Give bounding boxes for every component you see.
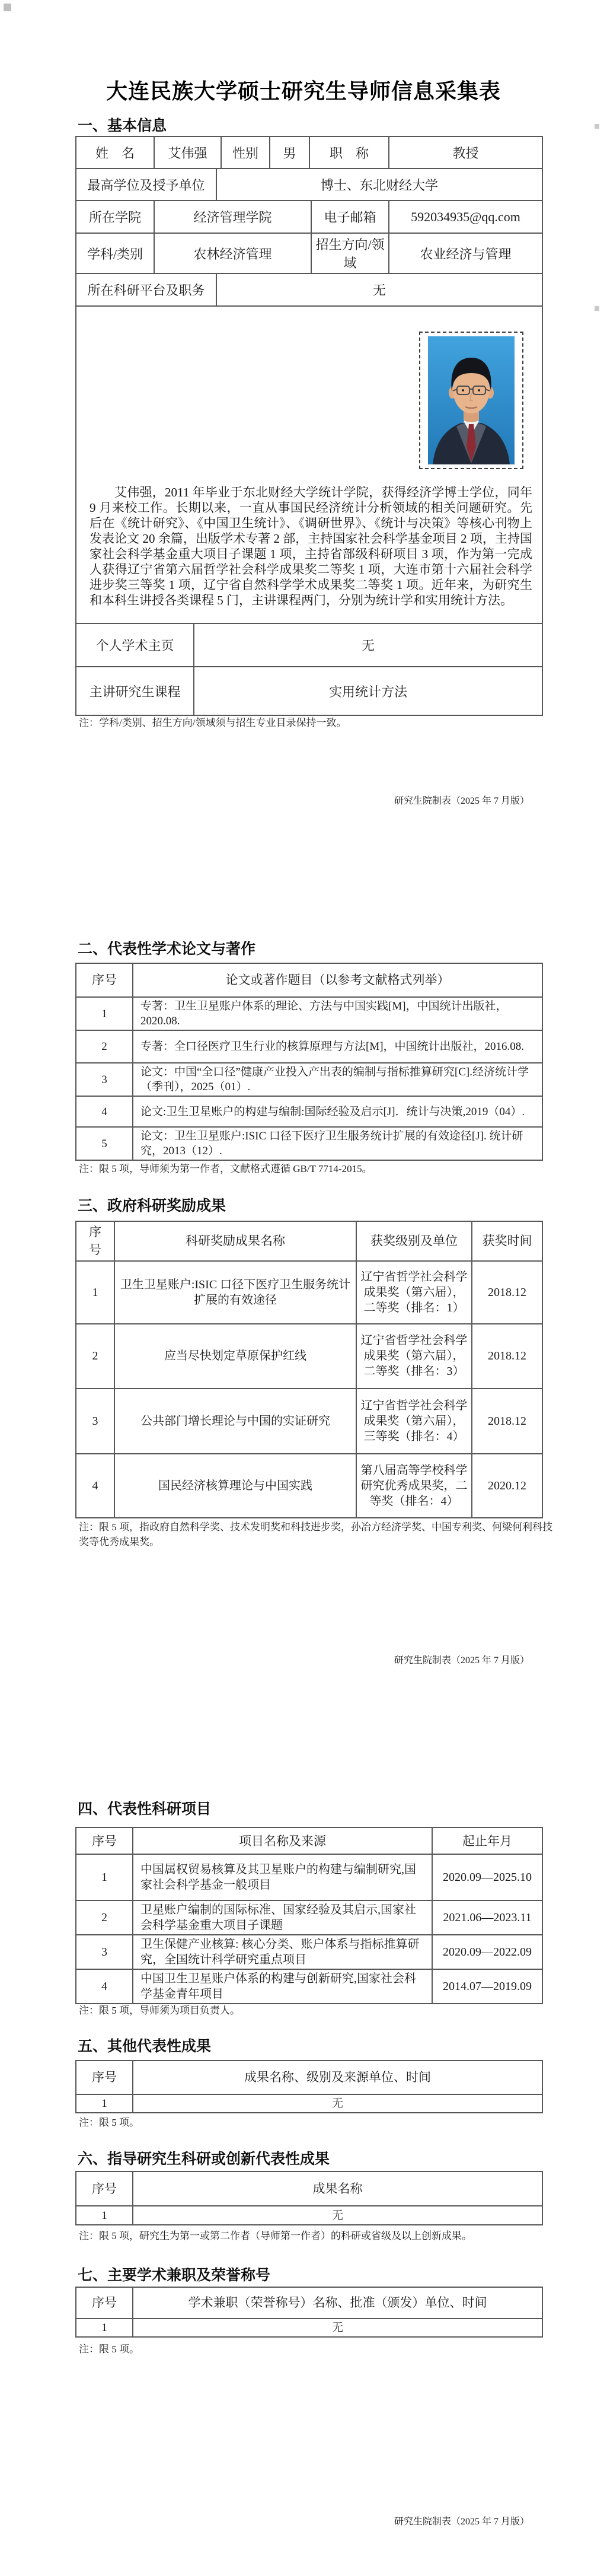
page-footer: 研究生院制表（2025 年 7 月版）: [0, 2514, 529, 2527]
awards-col-name: 科研奖励成果名称: [114, 1221, 356, 1261]
platform-value: 无: [216, 273, 542, 306]
section-heading-papers: 二、代表性学术论文与著作: [78, 937, 255, 959]
basic-rows-college-discipline: 所在学院 经济管理学院 电子邮箱 592034935@qq.com 学科/类别 …: [75, 200, 543, 274]
section-heading-basic: 一、基本信息: [78, 114, 167, 135]
honors-col-no: 序号: [76, 2287, 133, 2319]
row-no: 3: [76, 1063, 133, 1096]
row-no: 1: [76, 2094, 133, 2113]
award-level: 辽宁省哲学社会科学成果奖（第六届），二等奖（排名：3）: [356, 1324, 472, 1389]
email-value: 592034935@qq.com: [389, 200, 542, 233]
table-row: 5 论文：卫生卫星账户:ISIC 口径下医疗卫生服务统计扩展的有效途径[J]. …: [76, 1127, 542, 1160]
college-value: 经济管理学院: [154, 200, 311, 233]
row-no: 5: [76, 1127, 133, 1160]
table-row: 2 专著：全口径医疗卫生行业的核算原理与方法[M]，中国统计出版社，2016.0…: [76, 1030, 542, 1063]
margin-marker-icon: [595, 306, 599, 311]
row-no: 1: [76, 2206, 133, 2225]
discipline-label: 学科/类别: [76, 233, 154, 273]
award-level: 第八届高等学校科学研究优秀成果奖，二等奖（排名：4）: [356, 1454, 472, 1518]
homepage-label: 个人学术主页: [76, 623, 194, 667]
award-name: 国民经济核算理论与中国实践: [114, 1454, 356, 1518]
papers-col-title: 论文或著作题目（以参考文献格式列举）: [133, 963, 542, 997]
table-header-row: 序号 学术兼职（荣誉称号）名称、批准（颁发）单位、时间: [76, 2287, 542, 2319]
awards-note: 注：限 5 项，指政府自然科学奖、技术发明奖和科技进步奖，孙冶方经济学奖、中国专…: [79, 1520, 553, 1549]
basic-row-name: 姓 名 艾伟强 性别 男 职 称 教授: [75, 136, 543, 169]
table-row: 艾伟强，2011 年毕业于东北财经大学统计学院，获得经济学博士学位，同年 9 月…: [76, 306, 542, 623]
name-value: 艾伟强: [154, 136, 221, 168]
table-row: 1 中国属权贸易核算及其卫星账户的构建与编制研究,国家社会科学基金一般项目 20…: [76, 1854, 542, 1900]
basic-rows-homepage-course: 个人学术主页 无 主讲研究生课程 实用统计方法: [75, 623, 543, 716]
table-row: 所在学院 经济管理学院 电子邮箱 592034935@qq.com: [76, 200, 542, 233]
paper-title: 专著：全口径医疗卫生行业的核算原理与方法[M]，中国统计出版社，2016.08.: [133, 1030, 542, 1063]
project-name: 中国卫生卫星账户体系的构建与创新研究,国家社会科学基金青年项目: [133, 1969, 432, 2004]
other-col-no: 序号: [76, 2061, 133, 2094]
row-no: 1: [76, 2319, 133, 2337]
award-level: 辽宁省哲学社会科学成果奖（第六届），二等奖（排名：1）: [356, 1261, 472, 1324]
table-row: 姓 名 艾伟强 性别 男 职 称 教授: [76, 136, 542, 168]
projects-col-name: 项目名称及来源: [133, 1827, 432, 1854]
table-row: 学科/类别 农林经济管理 招生方向/领域 农业经济与管理: [76, 233, 542, 273]
advisor-photo: [428, 336, 515, 464]
table-row: 1 专著：卫生卫星账户体系的理论、方法与中国实践[M]，中国统计出版社，2020…: [76, 997, 542, 1030]
award-time: 2018.12: [472, 1324, 542, 1389]
honors-note: 注：限 5 项。: [79, 2342, 553, 2357]
award-name: 公共部门增长理论与中国的实证研究: [114, 1389, 356, 1454]
student-title: 无: [133, 2206, 542, 2225]
project-time: 2014.07—2019.09: [432, 1969, 542, 2004]
awards-col-time: 获奖时间: [472, 1221, 542, 1261]
project-name: 中国属权贸易核算及其卫星账户的构建与编制研究,国家社会科学基金一般项目: [133, 1854, 432, 1900]
award-time: 2018.12: [472, 1389, 542, 1454]
award-level: 辽宁省哲学社会科学成果奖（第六届），三等奖（排名：4）: [356, 1389, 472, 1454]
course-value: 实用统计方法: [194, 667, 542, 715]
section-heading-other: 五、其他代表性成果: [78, 2034, 211, 2056]
course-label: 主讲研究生课程: [76, 667, 194, 715]
basic-note: 注：学科/类别、招生方向/领域须与招生专业目录保持一致。: [79, 715, 553, 730]
table-row: 3 公共部门增长理论与中国的实证研究 辽宁省哲学社会科学成果奖（第六届），三等奖…: [76, 1389, 542, 1454]
paper-title: 论文：中国“全口径”健康产业投入产出表的编制与指标推算研究[C].经济统计学（季…: [133, 1063, 542, 1096]
award-time: 2018.12: [472, 1261, 542, 1324]
page-footer: 研究生院制表（2025 年 7 月版）: [0, 1652, 529, 1666]
row-no: 1: [76, 1854, 133, 1900]
table-row: 3 论文：中国“全口径”健康产业投入产出表的编制与指标推算研究[C].经济统计学…: [76, 1063, 542, 1096]
honors-title: 无: [133, 2319, 542, 2337]
paper-title: 专著：卫生卫星账户体系的理论、方法与中国实践[M]，中国统计出版社，2020.0…: [133, 997, 542, 1030]
section-heading-awards: 三、政府科研奖励成果: [78, 1194, 226, 1215]
table-row: 最高学位及授予单位 博士、东北财经大学: [76, 168, 542, 200]
table-header-row: 序号 论文或著作题目（以参考文献格式列举）: [76, 963, 542, 997]
projects-table: 序号 项目名称及来源 起止年月 1 中国属权贸易核算及其卫星账户的构建与编制研究…: [75, 1827, 543, 2004]
table-header-row: 序号 成果名称: [76, 2171, 542, 2206]
table-row: 2 应当尽快划定草原保护红线 辽宁省哲学社会科学成果奖（第六届），二等奖（排名：…: [76, 1324, 542, 1389]
project-time: 2020.09—2022.09: [432, 1935, 542, 1969]
student-col-title: 成果名称: [133, 2171, 542, 2206]
college-label: 所在学院: [76, 200, 154, 233]
table-row: 1 卫生卫星账户:ISIC 口径下医疗卫生服务统计扩展的有效途径 辽宁省哲学社会…: [76, 1261, 542, 1324]
papers-table: 序号 论文或著作题目（以参考文献格式列举） 1 专著：卫生卫星账户体系的理论、方…: [75, 963, 543, 1161]
table-row: 主讲研究生课程 实用统计方法: [76, 667, 542, 715]
awards-col-no-text: 序号: [88, 1223, 101, 1259]
row-no: 2: [76, 1030, 133, 1063]
projects-note: 注：限 5 项，导师须为项目负责人。: [79, 2003, 553, 2018]
gender-label: 性别: [221, 136, 270, 168]
honors-col-title: 学术兼职（荣誉称号）名称、批准（颁发）单位、时间: [133, 2287, 542, 2319]
section-heading-student: 六、指导研究生科研或创新代表性成果: [78, 2147, 330, 2169]
project-name: 卫生保健产业核算: 核心分类、账户体系与指标推算研究，全国统计科学研究重点项目: [133, 1935, 432, 1969]
awards-col-no: 序号: [76, 1221, 114, 1261]
other-title: 无: [133, 2094, 542, 2113]
basic-info-table: 姓 名 艾伟强 性别 男 职 称 教授 最高学位及授予单位 博士、东北财经大学 …: [75, 136, 543, 716]
page-footer: 研究生院制表（2025 年 7 月版）: [0, 793, 529, 807]
award-time: 2020.12: [472, 1454, 542, 1518]
row-no: 4: [76, 1096, 133, 1127]
homepage-value: 无: [194, 623, 542, 667]
email-label: 电子邮箱: [311, 200, 389, 233]
papers-note: 注：限 5 项，导师须为第一作者，文献格式遵循 GB/T 7714-2015。: [79, 1161, 553, 1176]
row-no: 1: [76, 997, 133, 1030]
basic-row-platform: 所在科研平台及职务 无: [75, 273, 543, 307]
row-no: 2: [76, 1324, 114, 1389]
table-header-row: 序号 成果名称、级别及来源单位、时间: [76, 2061, 542, 2094]
section-heading-honors: 七、主要学术兼职及荣誉称号: [78, 2263, 270, 2285]
table-row: 1 无: [76, 2319, 542, 2337]
photo-bio-cell: 艾伟强，2011 年毕业于东北财经大学统计学院，获得经济学博士学位，同年 9 月…: [76, 306, 542, 623]
margin-marker-icon: [595, 124, 599, 129]
student-table: 序号 成果名称 1 无: [75, 2171, 543, 2225]
other-col-title: 成果名称、级别及来源单位、时间: [133, 2061, 542, 2094]
table-header-row: 序号 项目名称及来源 起止年月: [76, 1827, 542, 1854]
degree-value: 博士、东北财经大学: [216, 168, 542, 200]
table-row: 所在科研平台及职务 无: [76, 273, 542, 306]
project-time: 2020.09—2025.10: [432, 1854, 542, 1900]
table-row: 3 卫生保健产业核算: 核心分类、账户体系与指标推算研究，全国统计科学研究重点项…: [76, 1935, 542, 1969]
basic-row-degree: 最高学位及授予单位 博士、东北财经大学: [75, 168, 543, 201]
document-page: 大连民族大学硕士研究生导师信息采集表 一、基本信息 姓 名 艾伟强 性别 男 职…: [0, 0, 607, 2576]
direction-value: 农业经济与管理: [389, 233, 542, 273]
table-header-row: 序号 科研奖励成果名称 获奖级别及单位 获奖时间: [76, 1221, 542, 1261]
student-col-no: 序号: [76, 2171, 133, 2206]
table-row: 个人学术主页 无: [76, 623, 542, 667]
table-row: 4 国民经济核算理论与中国实践 第八届高等学校科学研究优秀成果奖，二等奖（排名：…: [76, 1454, 542, 1518]
title-value: 教授: [389, 136, 542, 168]
discipline-value: 农林经济管理: [154, 233, 311, 273]
papers-col-no: 序号: [76, 963, 133, 997]
table-row: 1 无: [76, 2094, 542, 2113]
honors-table: 序号 学术兼职（荣誉称号）名称、批准（颁发）单位、时间 1 无: [75, 2287, 543, 2338]
row-no: 4: [76, 1454, 114, 1518]
photo-frame: [419, 332, 523, 469]
platform-label: 所在科研平台及职务: [76, 273, 216, 306]
other-table: 序号 成果名称、级别及来源单位、时间 1 无: [75, 2060, 543, 2113]
title-label: 职 称: [309, 136, 389, 168]
awards-col-level: 获奖级别及单位: [356, 1221, 472, 1261]
project-time: 2021.06—2023.11: [432, 1900, 542, 1935]
row-no: 2: [76, 1900, 133, 1935]
name-label: 姓 名: [76, 136, 154, 168]
awards-table: 序号 科研奖励成果名称 获奖级别及单位 获奖时间 1 卫生卫星账户:ISIC 口…: [75, 1221, 543, 1518]
paper-title: 论文：卫生卫星账户:ISIC 口径下医疗卫生服务统计扩展的有效途径[J]. 统计…: [133, 1127, 542, 1160]
table-row: 2 卫星账户编制的国际标准、国家经验及其启示,国家社会科学基金重大项目子课题 2…: [76, 1900, 542, 1935]
corner-marker-icon: [4, 4, 11, 11]
row-no: 3: [76, 1935, 133, 1969]
table-row: 1 无: [76, 2206, 542, 2225]
gender-value: 男: [270, 136, 309, 168]
row-no: 3: [76, 1389, 114, 1454]
degree-label: 最高学位及授予单位: [76, 168, 216, 200]
table-row: 4 中国卫生卫星账户体系的构建与创新研究,国家社会科学基金青年项目 2014.0…: [76, 1969, 542, 2004]
projects-col-time: 起止年月: [432, 1827, 542, 1854]
student-note: 注：限 5 项，研究生为第一或第二作者（导师第一作者）的科研或省级及以上创新成果…: [79, 2228, 553, 2243]
paper-title: 论文:卫生卫星账户的构建与编制:国际经验及启示[J]．统计与决策,2019（04…: [133, 1096, 542, 1127]
direction-label: 招生方向/领域: [311, 233, 389, 273]
basic-row-photo-bio: 艾伟强，2011 年毕业于东北财经大学统计学院，获得经济学博士学位，同年 9 月…: [75, 305, 543, 624]
other-note: 注：限 5 项。: [79, 2115, 553, 2130]
table-row: 4 论文:卫生卫星账户的构建与编制:国际经验及启示[J]．统计与决策,2019（…: [76, 1096, 542, 1127]
bio-paragraph: 艾伟强，2011 年毕业于东北财经大学统计学院，获得经济学博士学位，同年 9 月…: [90, 485, 532, 608]
row-no: 1: [76, 1261, 114, 1324]
project-name: 卫星账户编制的国际标准、国家经验及其启示,国家社会科学基金重大项目子课题: [133, 1900, 432, 1935]
award-name: 应当尽快划定草原保护红线: [114, 1324, 356, 1389]
projects-col-no: 序号: [76, 1827, 133, 1854]
page-title: 大连民族大学硕士研究生导师信息采集表: [0, 75, 607, 105]
section-heading-projects: 四、代表性科研项目: [78, 1797, 211, 1819]
row-no: 4: [76, 1969, 133, 2004]
award-name: 卫生卫星账户:ISIC 口径下医疗卫生服务统计扩展的有效途径: [114, 1261, 356, 1324]
